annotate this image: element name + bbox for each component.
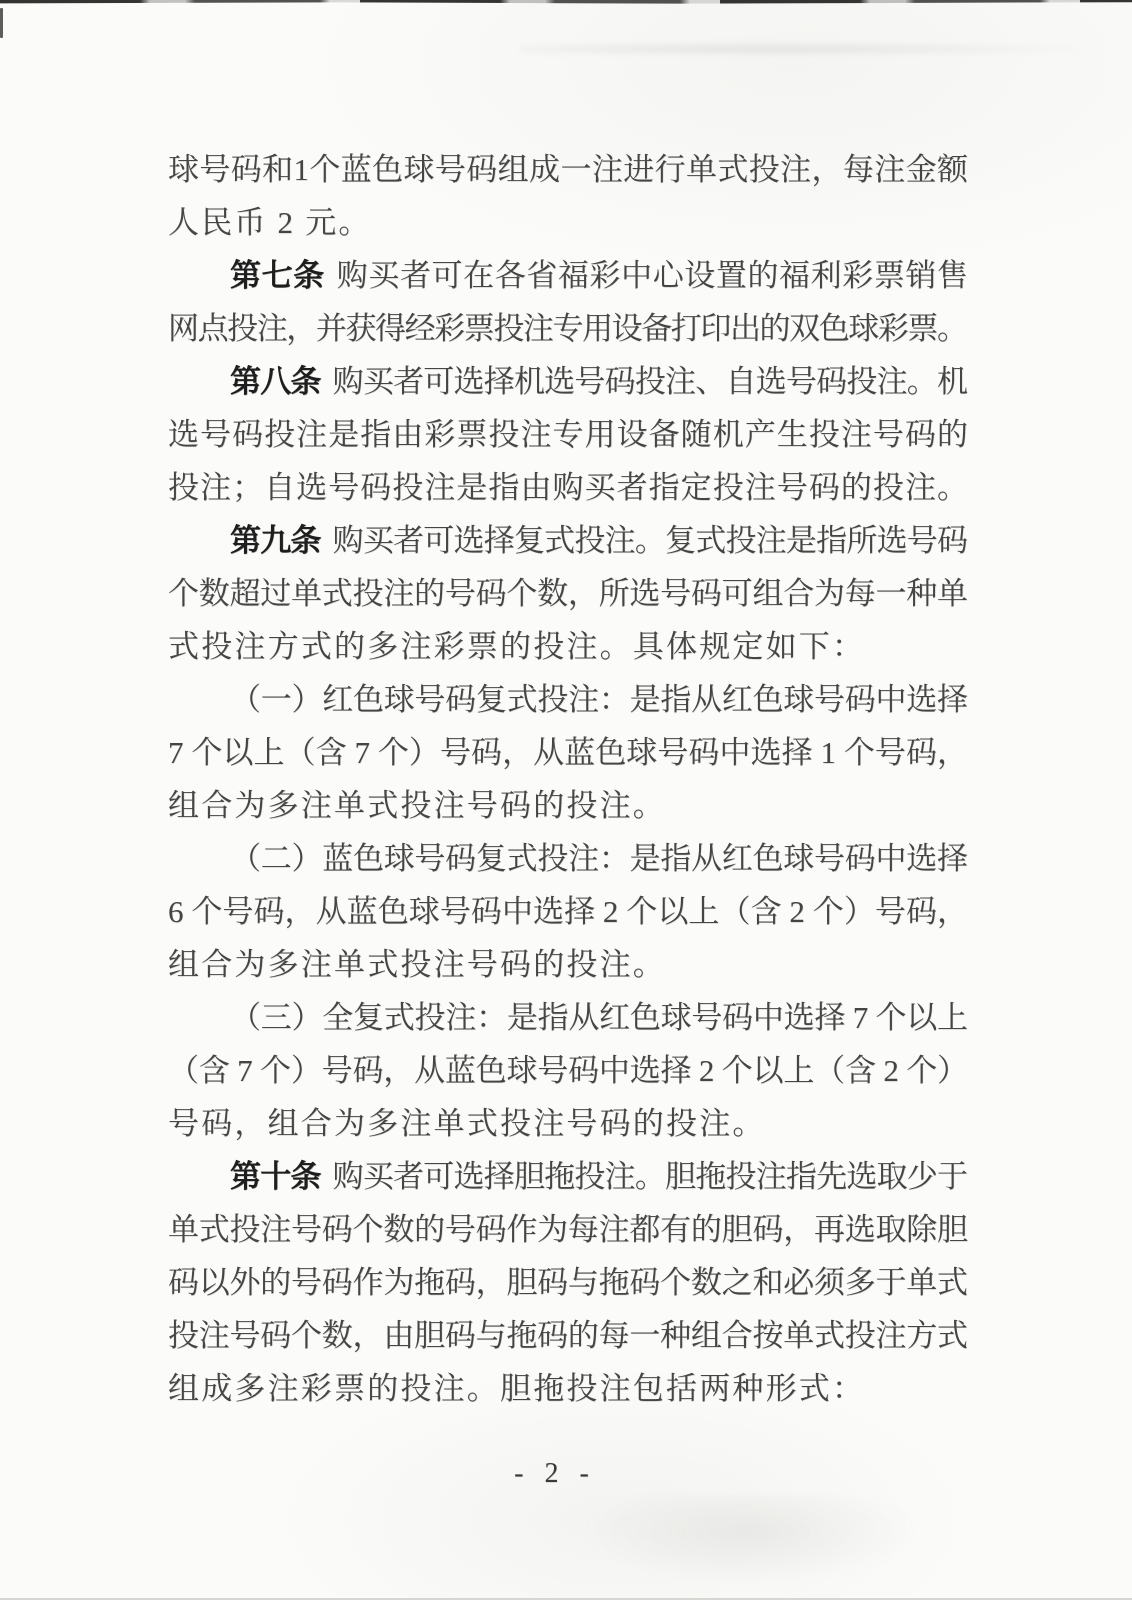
- article-label: 第八条: [230, 364, 321, 399]
- line-text: 购买者可选择机选号码投注、自选号码投注。机: [333, 364, 968, 399]
- article-label: 第九条: [230, 523, 321, 558]
- text-line: （二）蓝色球号码复式投注：是指从红色球号码中选择: [168, 832, 968, 885]
- line-text: 投注；自选号码投注是指由购买者指定投注号码的投注。: [168, 470, 969, 505]
- line-text: 个数超过单式投注的号码个数，所选号码可组合为每一种单: [168, 576, 968, 611]
- line-text: 选号码投注是指由彩票投注专用设备随机产生投注号码的: [168, 417, 969, 452]
- text-line: （三）全复式投注：是指从红色球号码中选择 7 个以上: [168, 991, 968, 1044]
- line-text: 号码，组合为多注单式投注号码的投注。: [168, 1106, 766, 1141]
- text-line: （一）红色球号码复式投注：是指从红色球号码中选择: [168, 673, 968, 726]
- line-text: （二）蓝色球号码复式投注：是指从红色球号码中选择: [230, 841, 968, 876]
- line-text: 6 个号码，从蓝色球号码中选择 2 个以上（含 2 个）号码，: [168, 894, 968, 929]
- article-label: 第十条: [230, 1159, 321, 1194]
- scan-artifact-top-edge: [0, 0, 1132, 4]
- text-line: 选号码投注是指由彩票投注专用设备随机产生投注号码的: [168, 408, 968, 461]
- line-text: （三）全复式投注：是指从红色球号码中选择 7 个以上: [230, 1000, 968, 1035]
- article-label: 第七条: [230, 258, 325, 293]
- text-line: 投注号码个数，由胆码与拖码的每一种组合按单式投注方式: [168, 1309, 968, 1362]
- text-line: 投注；自选号码投注是指由购买者指定投注号码的投注。: [168, 461, 968, 514]
- line-text: 7 个以上（含 7 个）号码，从蓝色球号码中选择 1 个号码，: [168, 735, 968, 770]
- line-text: 组成多注彩票的投注。胆拖投注包括两种形式：: [168, 1371, 865, 1406]
- line-text: 购买者可在各省福彩中心设置的福利彩票销售: [337, 258, 969, 293]
- text-line: 网点投注，并获得经彩票投注专用设备打印出的双色球彩票。: [168, 302, 968, 355]
- text-line: 7 个以上（含 7 个）号码，从蓝色球号码中选择 1 个号码，: [168, 726, 968, 779]
- text-line: 式投注方式的多注彩票的投注。具体规定如下：: [168, 620, 968, 673]
- page-number: - 2 -: [0, 1458, 1110, 1490]
- line-text: 组合为多注单式投注号码的投注。: [168, 788, 666, 823]
- text-line: 组合为多注单式投注号码的投注。: [168, 938, 968, 991]
- line-text: 人民币 2 元。: [168, 205, 372, 240]
- scan-smudge-top: [520, 42, 1120, 56]
- line-text: （含 7 个）号码，从蓝色球号码中选择 2 个以上（含 2 个）: [168, 1053, 968, 1088]
- text-line: 球号码和1个蓝色球号码组成一注进行单式投注，每注金额: [168, 143, 968, 196]
- line-text: 网点投注，并获得经彩票投注专用设备打印出的双色球彩票。: [168, 311, 967, 346]
- text-line: 组成多注彩票的投注。胆拖投注包括两种形式：: [168, 1362, 968, 1415]
- line-text: 购买者可选择胆拖投注。胆拖投注指先选取少于: [333, 1159, 968, 1194]
- text-line: 第八条购买者可选择机选号码投注、自选号码投注。机: [168, 355, 968, 408]
- scan-artifact-left-edge: [0, 8, 3, 38]
- line-text: 购买者可选择复式投注。复式投注是指所选号码: [333, 523, 968, 558]
- line-text: （一）红色球号码复式投注：是指从红色球号码中选择: [230, 682, 968, 717]
- document-body: 球号码和1个蓝色球号码组成一注进行单式投注，每注金额 人民币 2 元。 第七条购…: [168, 143, 968, 1415]
- text-line: 人民币 2 元。: [168, 196, 968, 249]
- text-line: 码以外的号码作为拖码，胆码与拖码个数之和必须多于单式: [168, 1256, 968, 1309]
- text-line: 第十条购买者可选择胆拖投注。胆拖投注指先选取少于: [168, 1150, 968, 1203]
- text-line: 第七条购买者可在各省福彩中心设置的福利彩票销售: [168, 249, 968, 302]
- scan-smudge-bottom: [580, 1495, 920, 1585]
- text-line: （含 7 个）号码，从蓝色球号码中选择 2 个以上（含 2 个）: [168, 1044, 968, 1097]
- line-text: 投注号码个数，由胆码与拖码的每一种组合按单式投注方式: [168, 1318, 968, 1353]
- line-text: 单式投注号码个数的号码作为每注都有的胆码，再选取除胆: [168, 1212, 968, 1247]
- line-text: 组合为多注单式投注号码的投注。: [168, 947, 666, 982]
- text-line: 个数超过单式投注的号码个数，所选号码可组合为每一种单: [168, 567, 968, 620]
- text-line: 单式投注号码个数的号码作为每注都有的胆码，再选取除胆: [168, 1203, 968, 1256]
- document-page: 球号码和1个蓝色球号码组成一注进行单式投注，每注金额 人民币 2 元。 第七条购…: [0, 0, 1132, 1600]
- text-line: 组合为多注单式投注号码的投注。: [168, 779, 968, 832]
- line-text: 码以外的号码作为拖码，胆码与拖码个数之和必须多于单式: [168, 1265, 968, 1300]
- text-line: 6 个号码，从蓝色球号码中选择 2 个以上（含 2 个）号码，: [168, 885, 968, 938]
- text-line: 号码，组合为多注单式投注号码的投注。: [168, 1097, 968, 1150]
- text-line: 第九条购买者可选择复式投注。复式投注是指所选号码: [168, 514, 968, 567]
- line-text: 球号码和1个蓝色球号码组成一注进行单式投注，每注金额: [168, 152, 968, 187]
- line-text: 式投注方式的多注彩票的投注。具体规定如下：: [168, 629, 865, 664]
